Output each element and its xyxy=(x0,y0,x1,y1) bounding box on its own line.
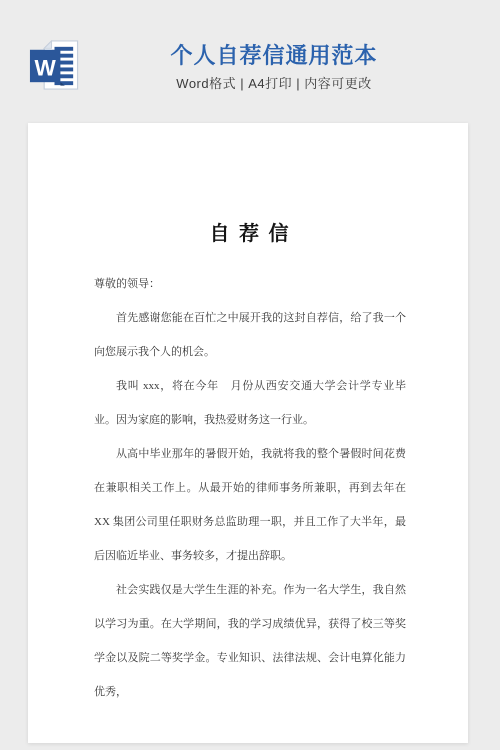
paragraph: 从高中毕业那年的暑假开始，我就将我的整个暑假时间花费在兼职相关工作上。从最开始的… xyxy=(94,437,406,573)
header-text: 个人自荐信通用范本 Word格式 | A4打印 | 内容可更改 xyxy=(0,43,500,92)
header: W 个人自荐信通用范本 Word格式 | A4打印 | 内容可更改 xyxy=(0,0,500,123)
paragraph: 社会实践仅是大学生生涯的补充。作为一名大学生，我自然以学习为重。在大学期间，我的… xyxy=(94,573,406,709)
promo-page: { "header": { "title": "个人自荐信通用范本", "sub… xyxy=(0,0,500,750)
format-info: Word格式 | A4打印 | 内容可更改 xyxy=(48,76,500,92)
document-body: 自 荐 信 尊敬的领导： 首先感谢您能在百忙之中展开我的这封自荐信，给了我一个向… xyxy=(94,221,406,709)
paragraph: 我叫 xxx，将在今年 月份从西安交通大学会计学专业毕业。因为家庭的影响，我热爱… xyxy=(94,369,406,437)
document-preview: 自 荐 信 尊敬的领导： 首先感谢您能在百忙之中展开我的这封自荐信，给了我一个向… xyxy=(28,123,468,743)
document-title: 自 荐 信 xyxy=(94,221,406,247)
paragraph: 首先感谢您能在百忙之中展开我的这封自荐信，给了我一个向您展示我个人的机会。 xyxy=(94,301,406,369)
salutation: 尊敬的领导： xyxy=(94,267,406,301)
page-title: 个人自荐信通用范本 xyxy=(48,43,500,69)
